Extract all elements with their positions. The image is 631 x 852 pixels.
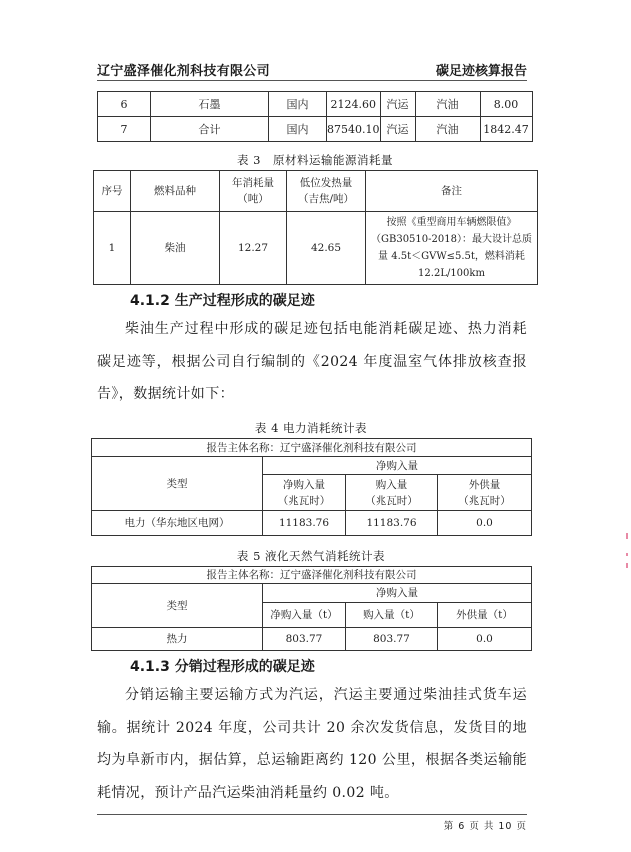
table-cell: 热力: [92, 628, 263, 651]
header-company-name: 辽宁盛泽催化剂科技有限公司: [97, 60, 270, 79]
section-4-1-3-paragraph: 分销运输主要运输方式为汽运，汽运主要通过柴油挂式货车运输。据统计 2024 年度…: [97, 679, 527, 809]
table-row-entity: 报告主体名称：辽宁盛泽催化剂科技有限公司: [92, 439, 532, 457]
table-cell: 汽油: [415, 92, 480, 117]
header-cell-type: 类型: [92, 584, 263, 628]
header-cell-type: 类型: [92, 457, 263, 511]
transport-table-continued: 6 石墨 国内 2124.60 汽运 汽油 8.00 7 合计 国内 87540…: [97, 91, 533, 142]
table-cell: 11183.76: [263, 511, 346, 536]
header-cell-no: 序号: [94, 171, 131, 212]
table4-caption: 表 4 电力消耗统计表: [91, 420, 531, 436]
table-cell: 1: [94, 212, 131, 285]
header-cell-supplied: 外供量（t）: [438, 603, 532, 628]
table5-lng: 报告主体名称：辽宁盛泽催化剂科技有限公司 类型 净购入量 净购入量（t） 购入量…: [91, 566, 532, 651]
header-report-title: 碳足迹核算报告: [436, 60, 527, 79]
header-cell-group: 净购入量: [263, 457, 532, 475]
table-cell-note: 按照《重型商用车辆燃限值》（GB30510-2018）：最大设计总质量 4.5t…: [366, 212, 538, 285]
table-cell: 国内: [269, 117, 327, 142]
table-row: 热力 803.77 803.77 0.0: [92, 628, 532, 651]
page-number: 第 6 页 共 10 页: [444, 818, 527, 832]
table-cell: 电力（华东地区电网）: [92, 511, 263, 536]
section-title-4-1-3: 4.1.3 分销过程形成的碳足迹: [130, 656, 315, 676]
table-cell: 合计: [151, 117, 269, 142]
section-4-1-2-paragraph: 柴油生产过程中形成的碳足迹包括电能消耗碳足迹、热力消耗碳足迹等，根据公司自行编制…: [97, 313, 527, 411]
table-cell: 石墨: [151, 92, 269, 117]
section-title-4-1-2: 4.1.2 生产过程形成的碳足迹: [130, 290, 315, 310]
stamp-mark: [626, 563, 628, 568]
header-cell-purchased: 购入量（t）: [346, 603, 438, 628]
table3-caption: 表 3 原材料运输能源消耗量: [93, 152, 537, 168]
table-cell: 0.0: [438, 628, 532, 651]
table-header-row: 类型 净购入量: [92, 584, 532, 603]
table-cell: 803.77: [346, 628, 438, 651]
entity-cell: 报告主体名称：辽宁盛泽催化剂科技有限公司: [92, 439, 532, 457]
table-cell: 国内: [269, 92, 327, 117]
table5-caption: 表 5 液化天然气消耗统计表: [91, 548, 531, 564]
table-cell: 42.65: [287, 212, 366, 285]
table-cell: 803.77: [263, 628, 346, 651]
header-cell-supplied: 外供量（兆瓦时）: [438, 475, 532, 511]
table-cell: 1842.47: [480, 117, 532, 142]
entity-cell: 报告主体名称：辽宁盛泽催化剂科技有限公司: [92, 567, 532, 584]
table-cell: 汽运: [380, 117, 415, 142]
table-row: 7 合计 国内 87540.10 汽运 汽油 1842.47: [98, 117, 533, 142]
header-cell-net: 净购入量（兆瓦时）: [263, 475, 346, 511]
table-cell: 汽运: [380, 92, 415, 117]
header-cell-annual: 年消耗量（吨）: [220, 171, 287, 212]
stamp-mark: [626, 553, 628, 556]
table-cell: 11183.76: [346, 511, 438, 536]
table-cell: 柴油: [131, 212, 220, 285]
table-header-row: 类型 净购入量: [92, 457, 532, 475]
table-cell: 6: [98, 92, 151, 117]
table4-electricity: 报告主体名称：辽宁盛泽催化剂科技有限公司 类型 净购入量 净购入量（兆瓦时） 购…: [91, 438, 532, 536]
table-cell: 2124.60: [327, 92, 381, 117]
table-cell: 7: [98, 117, 151, 142]
footer-divider: [97, 814, 527, 815]
stamp-mark: [626, 533, 628, 539]
table-row: 1 柴油 12.27 42.65 按照《重型商用车辆燃限值》（GB30510-2…: [94, 212, 538, 285]
table-cell: 87540.10: [327, 117, 381, 142]
table3-fuel-consumption: 序号 燃料品种 年消耗量（吨） 低位发热量（吉焦/吨） 备注 1 柴油 12.2…: [93, 170, 538, 285]
table-row: 电力（华东地区电网） 11183.76 11183.76 0.0: [92, 511, 532, 536]
table-cell: 8.00: [480, 92, 532, 117]
table-cell: 12.27: [220, 212, 287, 285]
header-cell-ncv: 低位发热量（吉焦/吨）: [287, 171, 366, 212]
table-cell: 汽油: [415, 117, 480, 142]
header-cell-fuel: 燃料品种: [131, 171, 220, 212]
table-cell: 0.0: [438, 511, 532, 536]
header-cell-purchased: 购入量（兆瓦时）: [346, 475, 438, 511]
table-row: 6 石墨 国内 2124.60 汽运 汽油 8.00: [98, 92, 533, 117]
table-header-row: 序号 燃料品种 年消耗量（吨） 低位发热量（吉焦/吨） 备注: [94, 171, 538, 212]
header-divider: [97, 80, 527, 81]
header-cell-note: 备注: [366, 171, 538, 212]
table-row-entity: 报告主体名称：辽宁盛泽催化剂科技有限公司: [92, 567, 532, 584]
header-cell-group: 净购入量: [263, 584, 532, 603]
header-cell-net: 净购入量（t）: [263, 603, 346, 628]
